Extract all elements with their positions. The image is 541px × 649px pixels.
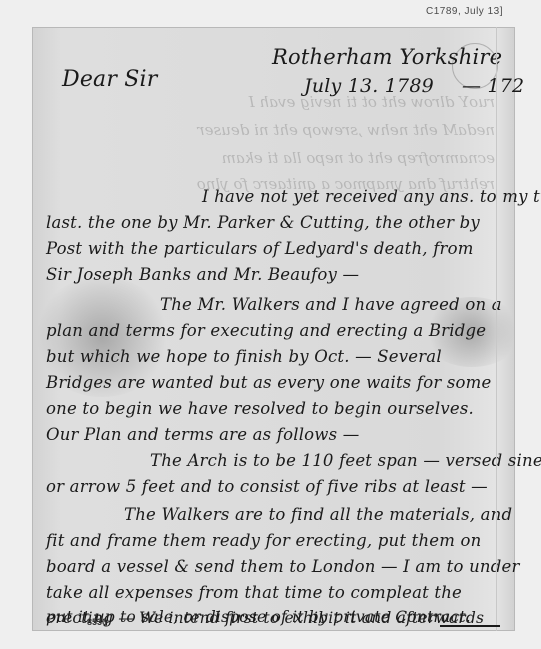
letter-line: The Arch is to be 110 feet span — versed… — [150, 451, 541, 470]
letter-line: fit and frame them ready for erecting, p… — [46, 531, 482, 550]
archive-date-note: C1789, July 13] — [426, 6, 503, 17]
letter-line: I have not yet received any ans. to my t… — [202, 187, 541, 206]
letter-line: The Mr. Walkers and I have agreed on a — [160, 295, 502, 314]
letter-line: The Walkers are to find all the material… — [124, 505, 512, 524]
letter-place: Rotherham Yorkshire — [272, 45, 502, 69]
bleed-through-text: nedaM eht nehw ,srewop eht ni deuser — [32, 121, 515, 139]
letter-line: board a vessel & send them to London — I… — [46, 557, 520, 576]
letter-line: Post with the particulars of Ledyard's d… — [46, 239, 474, 258]
letter-line: last. the one by Mr. Parker & Cutting, t… — [46, 213, 480, 232]
letter-salutation: Dear Sir — [62, 67, 158, 92]
letter-line: but which we hope to finish by Oct. — Se… — [46, 347, 442, 366]
letter-date-suffix: — 172 — [462, 75, 524, 97]
letter-line: plan and terms for executing and erectin… — [46, 321, 486, 340]
signature-underline — [440, 625, 500, 627]
letter-line: or arrow 5 feet and to consist of five r… — [46, 477, 488, 496]
archive-stamp-number: 8530 — [87, 617, 107, 627]
letter-line: one to begin we have resolved to begin o… — [46, 399, 474, 418]
letter-date: July 13. 1789 — [304, 75, 434, 97]
bleed-through-text: ruoY dlrow eht ot ti nevig evah I — [32, 93, 515, 111]
letter-line: Our Plan and terms are as follows — — [46, 425, 359, 444]
letter-line: take all expenses from that time to comp… — [46, 583, 462, 602]
bleed-through-text: ecnamrofrep eht ot nepo lla ti ekam — [32, 149, 515, 167]
letter-page: ruoY dlrow eht ot ti nevig evah I nedaM … — [32, 27, 515, 631]
letter-line: put it up to sale, or dispose of it by p… — [46, 608, 471, 626]
letter-line: Sir Joseph Banks and Mr. Beaufoy — — [46, 265, 359, 284]
letter-line: Bridges are wanted but as every one wait… — [46, 373, 491, 392]
